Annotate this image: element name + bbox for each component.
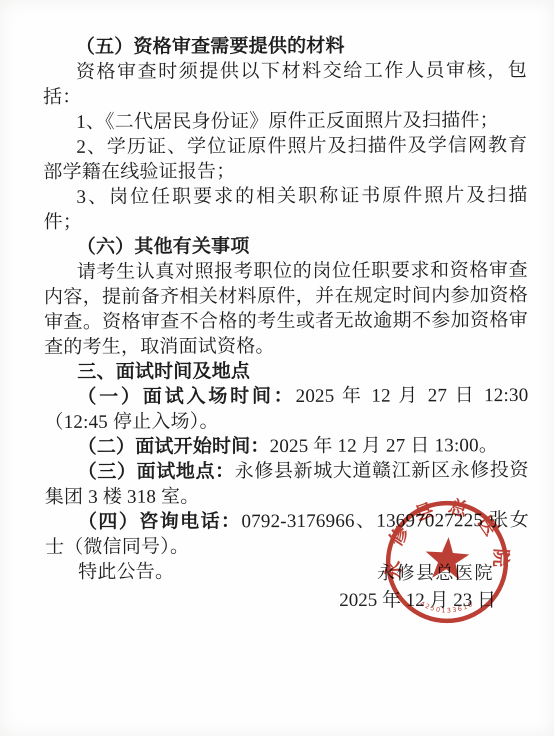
interview-entry-location: （三）面试地点：永修县新城大道赣江新区永修投资集团 3 楼 318 室。 <box>45 458 529 510</box>
interview-entry-phone: （四）咨询电话：0792-3176966、13697027225 张女士（微信同… <box>45 508 529 560</box>
notice-body: （五）资格审查需要提供的材料 资格审查时须提供以下材料交给工作人员审核，包括： … <box>43 33 529 585</box>
interview-entry-entrance-time: （一）面试入场时间：2025 年 12 月 27 日 12:30（12:45 停… <box>44 383 528 435</box>
entry-value: 2025 年 12 月 27 日 13:00。 <box>270 435 498 457</box>
entry-label: （二）面试开始时间： <box>78 436 270 458</box>
section6-heading: （六）其他有关事项 <box>44 233 528 260</box>
section5-item-1: 1、《二代居民身份证》原件正反面照片及扫描件； <box>43 108 527 135</box>
section5-intro: 资格审查时须提供以下材料交给工作人员审核，包括： <box>43 58 527 110</box>
entry-label: （一）面试入场时间： <box>77 386 295 408</box>
section6-body: 请考生认真对照报考职位的岗位任职要求和资格审查内容，提前备齐相关材料原件，并在规… <box>44 258 528 360</box>
section5-heading: （五）资格审查需要提供的材料 <box>43 33 527 60</box>
interview-entry-start-time: （二）面试开始时间：2025 年 12 月 27 日 13:00。 <box>45 433 529 460</box>
signature-organization: 永修县总医院 <box>339 561 496 585</box>
entry-label: （四）咨询电话： <box>78 511 242 533</box>
section5-item-3: 3、岗位任职要求的相关职称证书原件照片及扫描件； <box>43 183 527 235</box>
section3-heading: 三、面试时间及地点 <box>44 358 528 385</box>
signature-block: 永修县总医院 2025 年 12 月 23 日 <box>339 561 496 613</box>
scanned-notice-page: （五）资格审查需要提供的材料 资格审查时须提供以下材料交给工作人员审核，包括： … <box>0 0 554 736</box>
section5-item-2: 2、学历证、学位证原件照片及扫描件及学信网教育部学籍在线验证报告； <box>43 133 527 185</box>
signature-date: 2025 年 12 月 23 日 <box>339 589 496 613</box>
entry-label: （三）面试地点： <box>78 461 235 483</box>
